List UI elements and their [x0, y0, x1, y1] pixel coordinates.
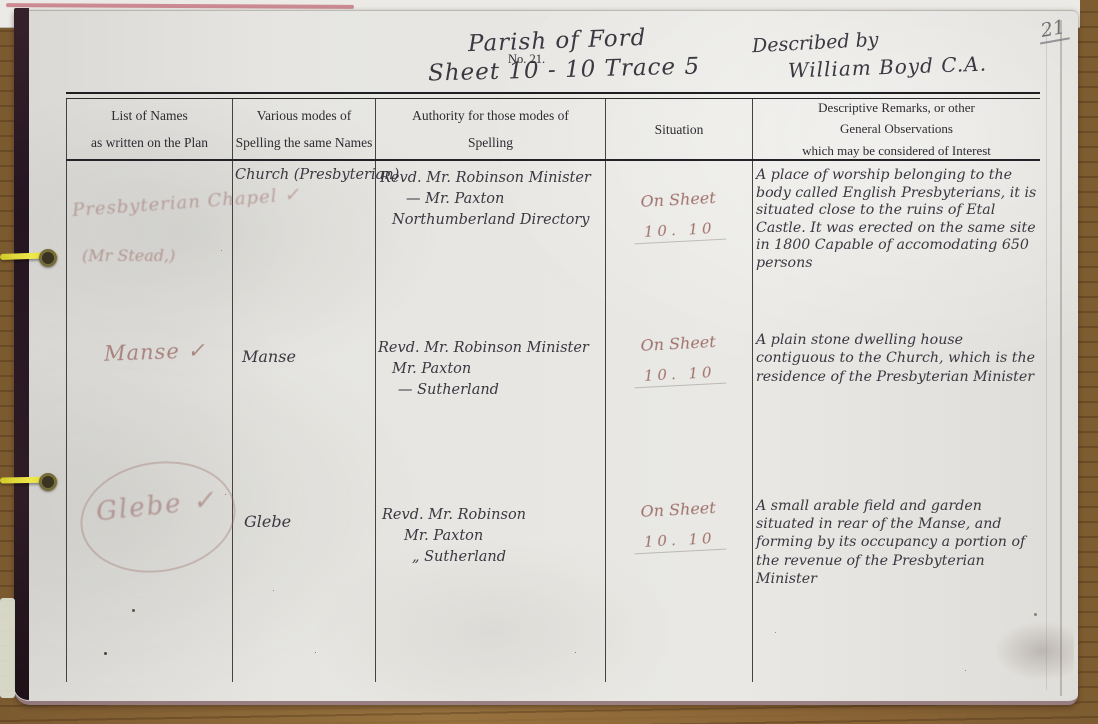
header-line: Spelling the same Names: [233, 129, 375, 156]
header-line: as written on the Plan: [67, 129, 232, 156]
page-stack-edge-line: [1046, 26, 1047, 690]
table-body: Presbyterian Chapel ✓ (Mr Stead,) Church…: [66, 161, 1040, 682]
authority-line: — Sutherland: [398, 380, 589, 401]
authority-line: Revd. Mr. Robinson Minister: [380, 168, 591, 189]
row1-situation: On Sheet 10. 10: [605, 186, 754, 246]
row3-authority: Revd. Mr. Robinson Mr. Paxton „ Sutherla…: [382, 505, 526, 568]
situation-number: 10. 10: [633, 363, 726, 389]
binding-eyelet: [39, 249, 57, 267]
column-header-authority: Authority for those modes of Spelling: [376, 99, 605, 159]
header-line: List of Names: [67, 102, 232, 129]
authority-line: Revd. Mr. Robinson: [382, 505, 526, 526]
situation-sheet: On Sheet: [605, 496, 752, 523]
row1-plan-name: Presbyterian Chapel ✓: [72, 184, 301, 221]
header-line: Spelling: [376, 129, 605, 156]
authority-line: Revd. Mr. Robinson Minister: [378, 338, 589, 359]
column-divider: [66, 161, 67, 682]
row3-situation: On Sheet 10. 10: [605, 496, 754, 556]
book-spine-edge: [14, 8, 29, 700]
authority-line: — Mr. Paxton: [406, 189, 591, 210]
column-header-remarks: Descriptive Remarks, or other General Ob…: [753, 99, 1040, 159]
situation-number: 10. 10: [633, 529, 726, 555]
column-divider: [752, 161, 753, 682]
table-header-row: List of Names as written on the Plan Var…: [66, 99, 1040, 161]
column-header-situation: Situation: [606, 99, 752, 159]
row3-spelling: Glebe: [244, 512, 291, 531]
situation-sheet: On Sheet: [605, 186, 752, 213]
row1-plan-note: (Mr Stead,): [82, 246, 175, 265]
column-header-names: List of Names as written on the Plan: [67, 99, 232, 159]
header-line: General Observations: [753, 118, 1040, 139]
binding-eyelet: [39, 473, 57, 491]
column-divider: [605, 161, 606, 682]
row1-spelling: Church (Presbyterian): [235, 167, 399, 183]
header-line: Situation: [606, 116, 752, 143]
authority-line: Northumberland Directory: [392, 210, 591, 231]
row2-situation: On Sheet 10. 10: [605, 330, 754, 390]
column-divider: [232, 161, 233, 682]
authority-line: „ Sutherland: [412, 547, 526, 568]
column-header-spelling: Various modes of Spelling the same Names: [233, 99, 375, 159]
row1-authority: Revd. Mr. Robinson Minister — Mr. Paxton…: [380, 168, 591, 231]
header-line: Various modes of: [233, 102, 375, 129]
row1-remarks: A place of worship belonging to the body…: [756, 167, 1037, 273]
row2-remarks: A plain stone dwelling house contiguous …: [756, 331, 1037, 386]
header-line: Authority for those modes of: [376, 102, 605, 129]
column-divider: [375, 161, 376, 682]
page-number: 21: [1036, 16, 1070, 45]
row2-plan-name: Manse ✓: [104, 338, 207, 366]
authority-line: Mr. Paxton: [392, 359, 589, 380]
header-line: Descriptive Remarks, or other: [753, 97, 1040, 118]
situation-sheet: On Sheet: [605, 330, 752, 357]
row2-authority: Revd. Mr. Robinson Minister Mr. Paxton —…: [378, 338, 589, 401]
header-line: which may be considered of Interest: [753, 140, 1040, 161]
page-stack-edge-line: [1060, 20, 1062, 696]
authority-line: Mr. Paxton: [404, 526, 526, 547]
situation-number: 10. 10: [633, 219, 726, 245]
bottom-left-page-edge: [0, 598, 15, 698]
row3-remarks: A small arable field and garden situated…: [756, 497, 1039, 588]
row2-spelling: Manse: [242, 347, 296, 366]
scanned-name-book-page: 21 Parish of Ford No. 21. Sheet 10 - 10 …: [0, 0, 1098, 724]
